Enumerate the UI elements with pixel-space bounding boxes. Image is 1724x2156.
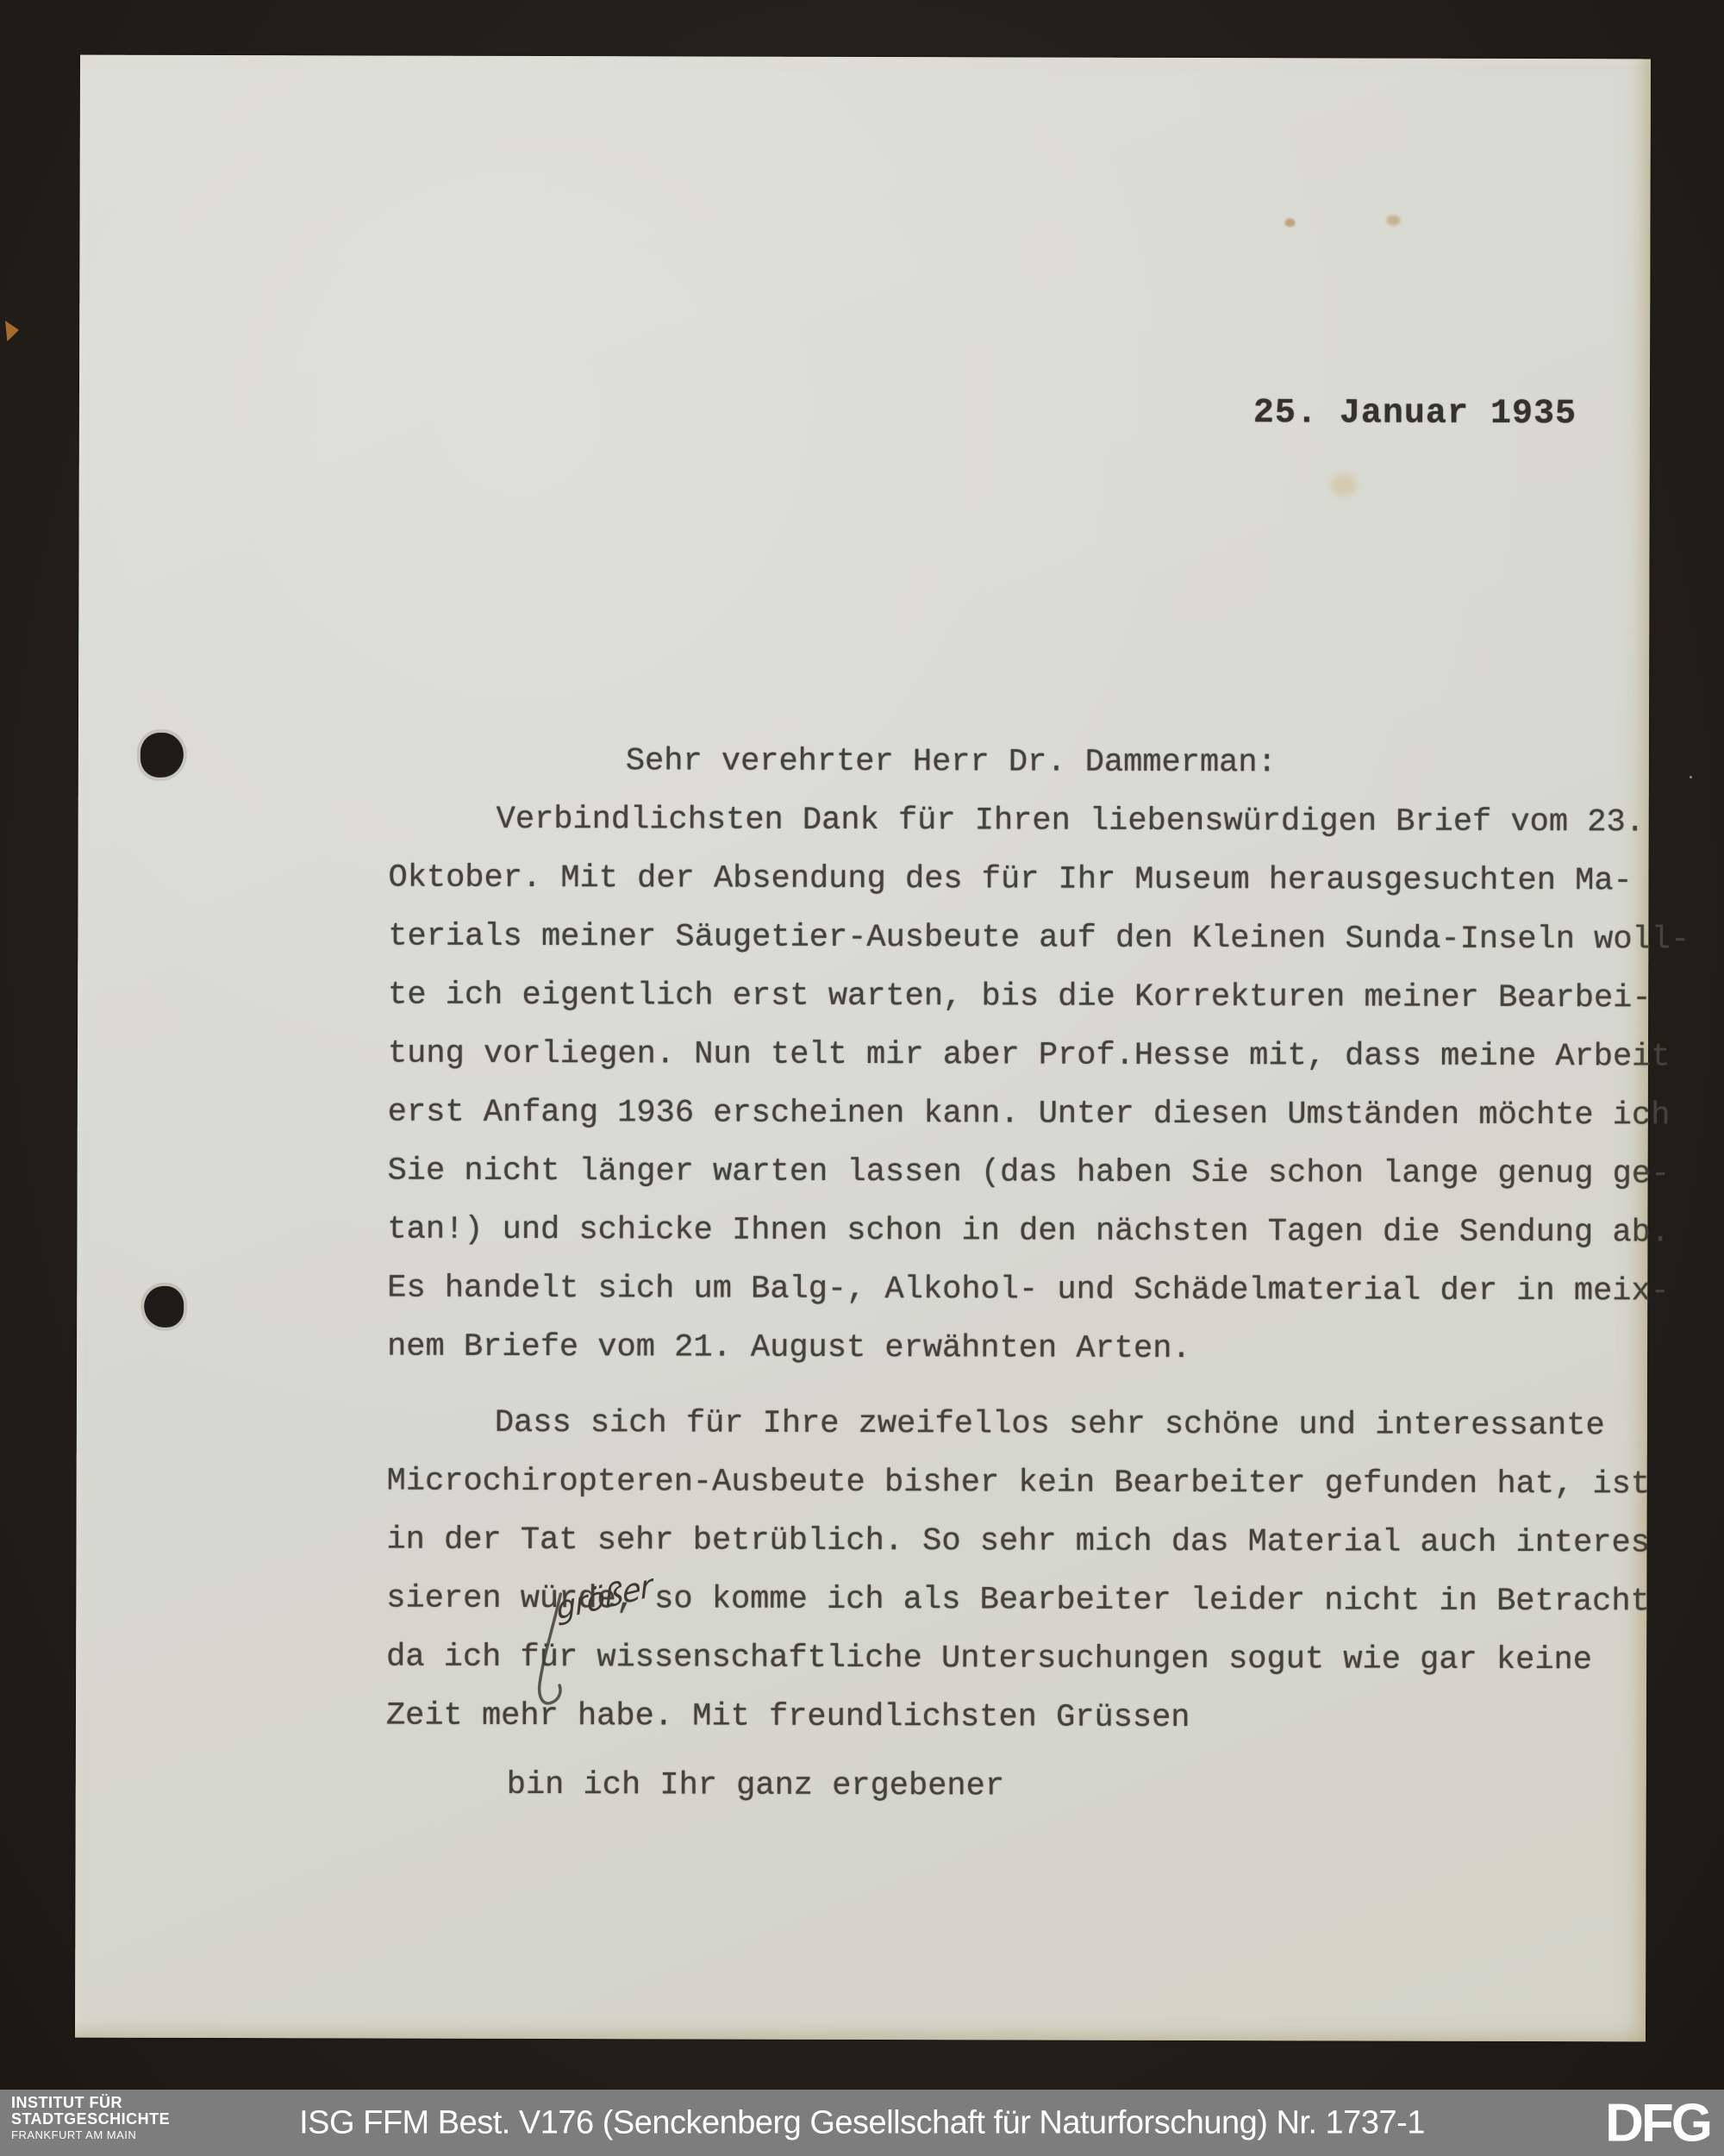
paragraph-1: Verbindlichsten Dank für Ihren liebenswü… bbox=[387, 791, 1665, 1380]
institute-name-line1: INSTITUT FÜR bbox=[11, 2095, 170, 2111]
letter-line: Verbindlichsten Dank für Ihren liebenswü… bbox=[389, 791, 1665, 853]
punch-hole-top bbox=[141, 733, 184, 778]
paragraph-2: Dass sich für Ihre zweifellos sehr schön… bbox=[386, 1394, 1663, 1749]
letter-line: Microchiropteren-Ausbeute bisher kein Be… bbox=[387, 1453, 1663, 1515]
paper-stain bbox=[1331, 473, 1357, 496]
letter-line: in der Tat sehr betrüblich. So sehr mich… bbox=[386, 1511, 1662, 1573]
debris-speck bbox=[5, 321, 19, 341]
paper-stain bbox=[1387, 216, 1401, 226]
letter-line: terials meiner Säugetier-Ausbeute auf de… bbox=[388, 908, 1664, 970]
closing: bin ich Ihr ganz ergebener bbox=[386, 1756, 1662, 1818]
salutation: Sehr verehrter Herr Dr. Dammerman: bbox=[389, 732, 1665, 794]
dfg-logo: DFG bbox=[1605, 2092, 1710, 2153]
archive-footer-bar: INSTITUT FÜR STADTGESCHICHTE FRANKFURT A… bbox=[0, 2090, 1724, 2156]
archive-reference: ISG FFM Best. V176 (Senckenberg Gesellsc… bbox=[299, 2104, 1425, 2141]
letter-line: Zeit mehr habe. Mit freundlichsten Grüss… bbox=[386, 1687, 1662, 1749]
letter-line: Dass sich für Ihre zweifellos sehr schön… bbox=[387, 1394, 1663, 1456]
punch-hole-bottom bbox=[144, 1286, 184, 1328]
letter-line: erst Anfang 1936 erscheinen kann. Unter … bbox=[388, 1084, 1664, 1146]
paper-stain bbox=[1284, 218, 1295, 227]
institute-logo: INSTITUT FÜR STADTGESCHICHTE FRANKFURT A… bbox=[11, 2095, 170, 2140]
insertion-caret-mark bbox=[531, 1590, 574, 1720]
letter-date: 25. Januar 1935 bbox=[1253, 394, 1577, 434]
scan-background: 25. Januar 1935 Sehr verehrter Herr Dr. … bbox=[0, 0, 1724, 2156]
letter-line: te ich eigentlich erst warten, bis die K… bbox=[388, 966, 1664, 1028]
letter-line: Sie nicht länger warten lassen (das habe… bbox=[388, 1142, 1664, 1204]
institute-name-line2: STADTGESCHICHTE bbox=[11, 2111, 170, 2128]
letter-line: tung vorliegen. Nun telt mir aber Prof.H… bbox=[388, 1025, 1664, 1087]
institute-name-line3: FRANKFURT AM MAIN bbox=[11, 2129, 170, 2141]
letter-line: tan!) und schicke Ihnen schon in den näc… bbox=[387, 1201, 1663, 1263]
letter-line: Oktober. Mit der Absendung des für Ihr M… bbox=[388, 849, 1664, 911]
dust-speck bbox=[1690, 776, 1692, 778]
letter-line: nem Briefe vom 21. August erwähnten Arte… bbox=[387, 1318, 1663, 1380]
letter-line: Es handelt sich um Balg-, Alkohol- und S… bbox=[387, 1259, 1663, 1322]
letter-line: da ich für wissenschaftliche Untersuchun… bbox=[386, 1628, 1662, 1690]
letter-page: 25. Januar 1935 Sehr verehrter Herr Dr. … bbox=[75, 55, 1651, 2042]
letter-body: Sehr verehrter Herr Dr. Dammerman: Verbi… bbox=[386, 732, 1665, 1818]
